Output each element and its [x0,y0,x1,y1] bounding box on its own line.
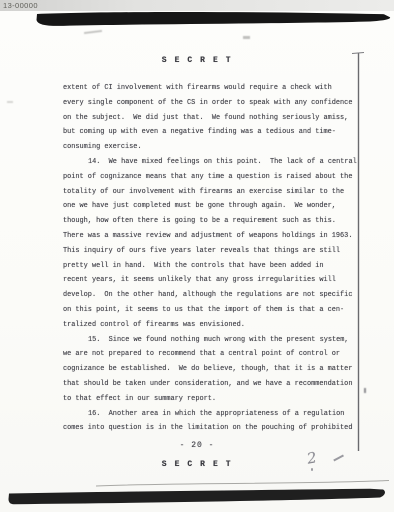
document-body: extent of CI involvement with firearms w… [63,81,373,436]
scan-smudge [364,388,366,393]
document-line: every single component of the CS in orde… [63,96,373,111]
document-line: develop. On the other hand, although the… [63,288,373,303]
document-line: on the subject. We did just that. We fou… [63,111,373,126]
document-line: comes into question is in the limitation… [63,421,373,436]
handwritten-slash-mark [333,455,343,461]
document-line: 14. We have mixed feelings on this point… [63,155,373,170]
handwritten-mark: 2 [306,448,319,467]
document-line: consuming exercise. [63,140,373,155]
document-line: totality of our involvement with firearm… [63,185,373,200]
document-line: tralized control of firearms was envisio… [63,318,373,333]
document-line: There was a massive review and adjustmen… [63,229,373,244]
classification-header: S E C R E T [0,56,394,65]
document-line: recent years, it seems unlikely that any… [63,273,373,288]
right-margin-line-cap [352,53,364,54]
document-line: pretty well in hand. With the controls t… [63,259,373,274]
document-line: 15. Since we found nothing much wrong wi… [63,333,373,348]
redaction-bar-top [37,12,391,26]
document-line: on this point, it seems to us that the i… [63,303,373,318]
document-line: This inquiry of ours five years later re… [63,244,373,259]
document-page: 13-00000 S E C R E T extent of CI involv… [0,0,394,512]
handwritten-dot-mark [311,468,313,471]
document-line: 16. Another area in which the appropriat… [63,407,373,422]
document-line: we are not prepared to recommend that a … [63,347,373,362]
scan-smudge [243,36,250,39]
document-line: extent of CI involvement with firearms w… [63,81,373,96]
document-line: cognizance be established. We do believe… [63,362,373,377]
scan-smudge [7,101,13,103]
document-line: point of cognizance means that any time … [63,170,373,185]
handwritten-annotation: 2 [303,449,363,475]
redaction-bar-bottom [9,489,385,504]
document-line: to that effect in our summary report. [63,392,373,407]
document-line: but coming up with even a negative findi… [63,125,373,140]
document-line: though, how often there is going to be a… [63,214,373,229]
document-line: that should be taken under consideration… [63,377,373,392]
page-edge-line [96,481,389,487]
document-line: one we have just completed must be gone … [63,199,373,214]
